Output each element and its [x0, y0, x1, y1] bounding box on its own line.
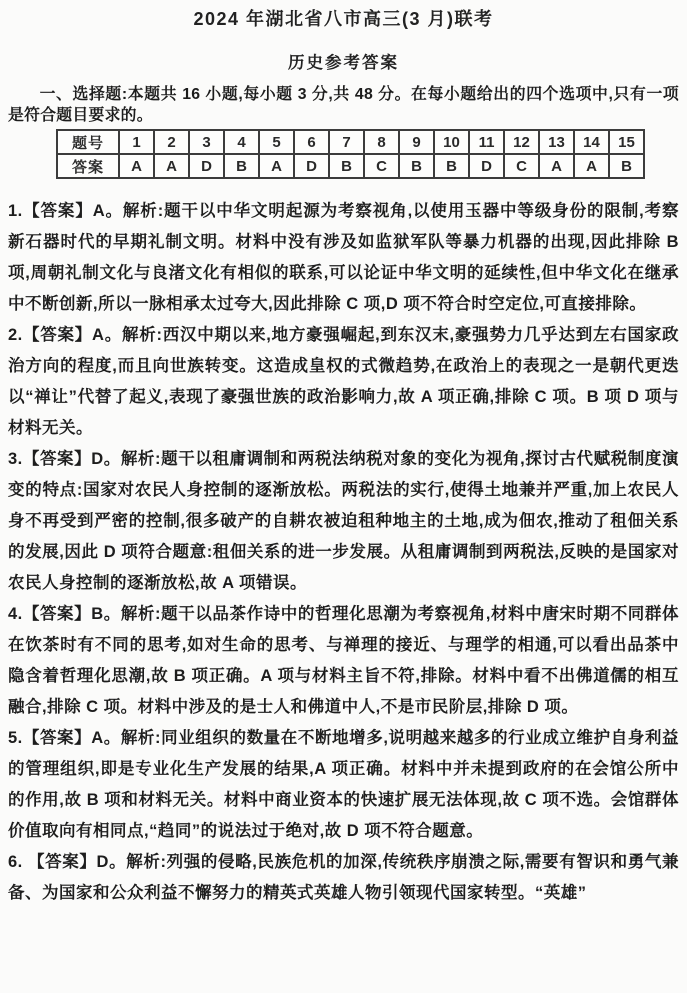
question-number-cell: 12: [504, 130, 539, 154]
question-number-row: 题号 123456789101112131415: [57, 130, 644, 154]
answer-cell: A: [539, 154, 574, 178]
explanation-paragraph: 1.【答案】A。解析:题干以中华文明起源为考察视角,以使用玉器中等级身份的限制,…: [8, 196, 679, 320]
answer-cell: A: [574, 154, 609, 178]
question-number-cell: 4: [224, 130, 259, 154]
answer-cell: D: [469, 154, 504, 178]
answer-cell: B: [399, 154, 434, 178]
question-number-cell: 14: [574, 130, 609, 154]
answer-cell: B: [609, 154, 644, 178]
answer-cell: C: [504, 154, 539, 178]
doc-subtitle: 历史参考答案: [8, 52, 679, 74]
question-number-cell: 11: [469, 130, 504, 154]
answer-cell: B: [434, 154, 469, 178]
explanation-paragraph: 2.【答案】A。解析:西汉中期以来,地方豪强崛起,到东汉末,豪强势力几乎达到左右…: [8, 320, 679, 444]
question-row-header: 题号: [57, 130, 119, 154]
explanation-paragraph: 4.【答案】B。解析:题干以品茶作诗中的哲理化思潮为考察视角,材料中唐宋时期不同…: [8, 599, 679, 723]
answer-cell: D: [294, 154, 329, 178]
answer-cell: A: [259, 154, 294, 178]
question-number-cell: 2: [154, 130, 189, 154]
answer-row-header: 答案: [57, 154, 119, 178]
answer-cell: C: [364, 154, 399, 178]
question-number-cell: 7: [329, 130, 364, 154]
question-number-cell: 13: [539, 130, 574, 154]
answer-cell: B: [224, 154, 259, 178]
answer-cell: A: [154, 154, 189, 178]
doc-title: 2024 年湖北省八市高三(3 月)联考: [8, 0, 679, 31]
question-number-cell: 9: [399, 130, 434, 154]
answer-cell: B: [329, 154, 364, 178]
question-number-cell: 3: [189, 130, 224, 154]
answer-table: 题号 123456789101112131415 答案 AADBADBCBBDC…: [56, 129, 645, 179]
document-page: 2024 年湖北省八市高三(3 月)联考 历史参考答案 一、选择题:本题共 16…: [0, 0, 687, 993]
explanation-paragraph: 3.【答案】D。解析:题干以租庸调制和两税法纳税对象的变化为视角,探讨古代赋税制…: [8, 444, 679, 599]
question-number-cell: 5: [259, 130, 294, 154]
explanations-section: 1.【答案】A。解析:题干以中华文明起源为考察视角,以使用玉器中等级身份的限制,…: [8, 196, 679, 909]
answer-row: 答案 AADBADBCBBDCAAB: [57, 154, 644, 178]
explanation-paragraph: 5.【答案】A。解析:同业组织的数量在不断地增多,说明越来越多的行业成立维护自身…: [8, 723, 679, 847]
question-number-cell: 15: [609, 130, 644, 154]
answer-cell: D: [189, 154, 224, 178]
section-intro: 一、选择题:本题共 16 小题,每小题 3 分,共 48 分。在每小题给出的四个…: [8, 85, 679, 126]
explanation-paragraph: 6. 【答案】D。解析:列强的侵略,民族危机的加深,传统秩序崩溃之际,需要有智识…: [8, 847, 679, 909]
answer-cell: A: [119, 154, 154, 178]
question-number-cell: 8: [364, 130, 399, 154]
question-number-cell: 6: [294, 130, 329, 154]
question-number-cell: 1: [119, 130, 154, 154]
question-number-cell: 10: [434, 130, 469, 154]
